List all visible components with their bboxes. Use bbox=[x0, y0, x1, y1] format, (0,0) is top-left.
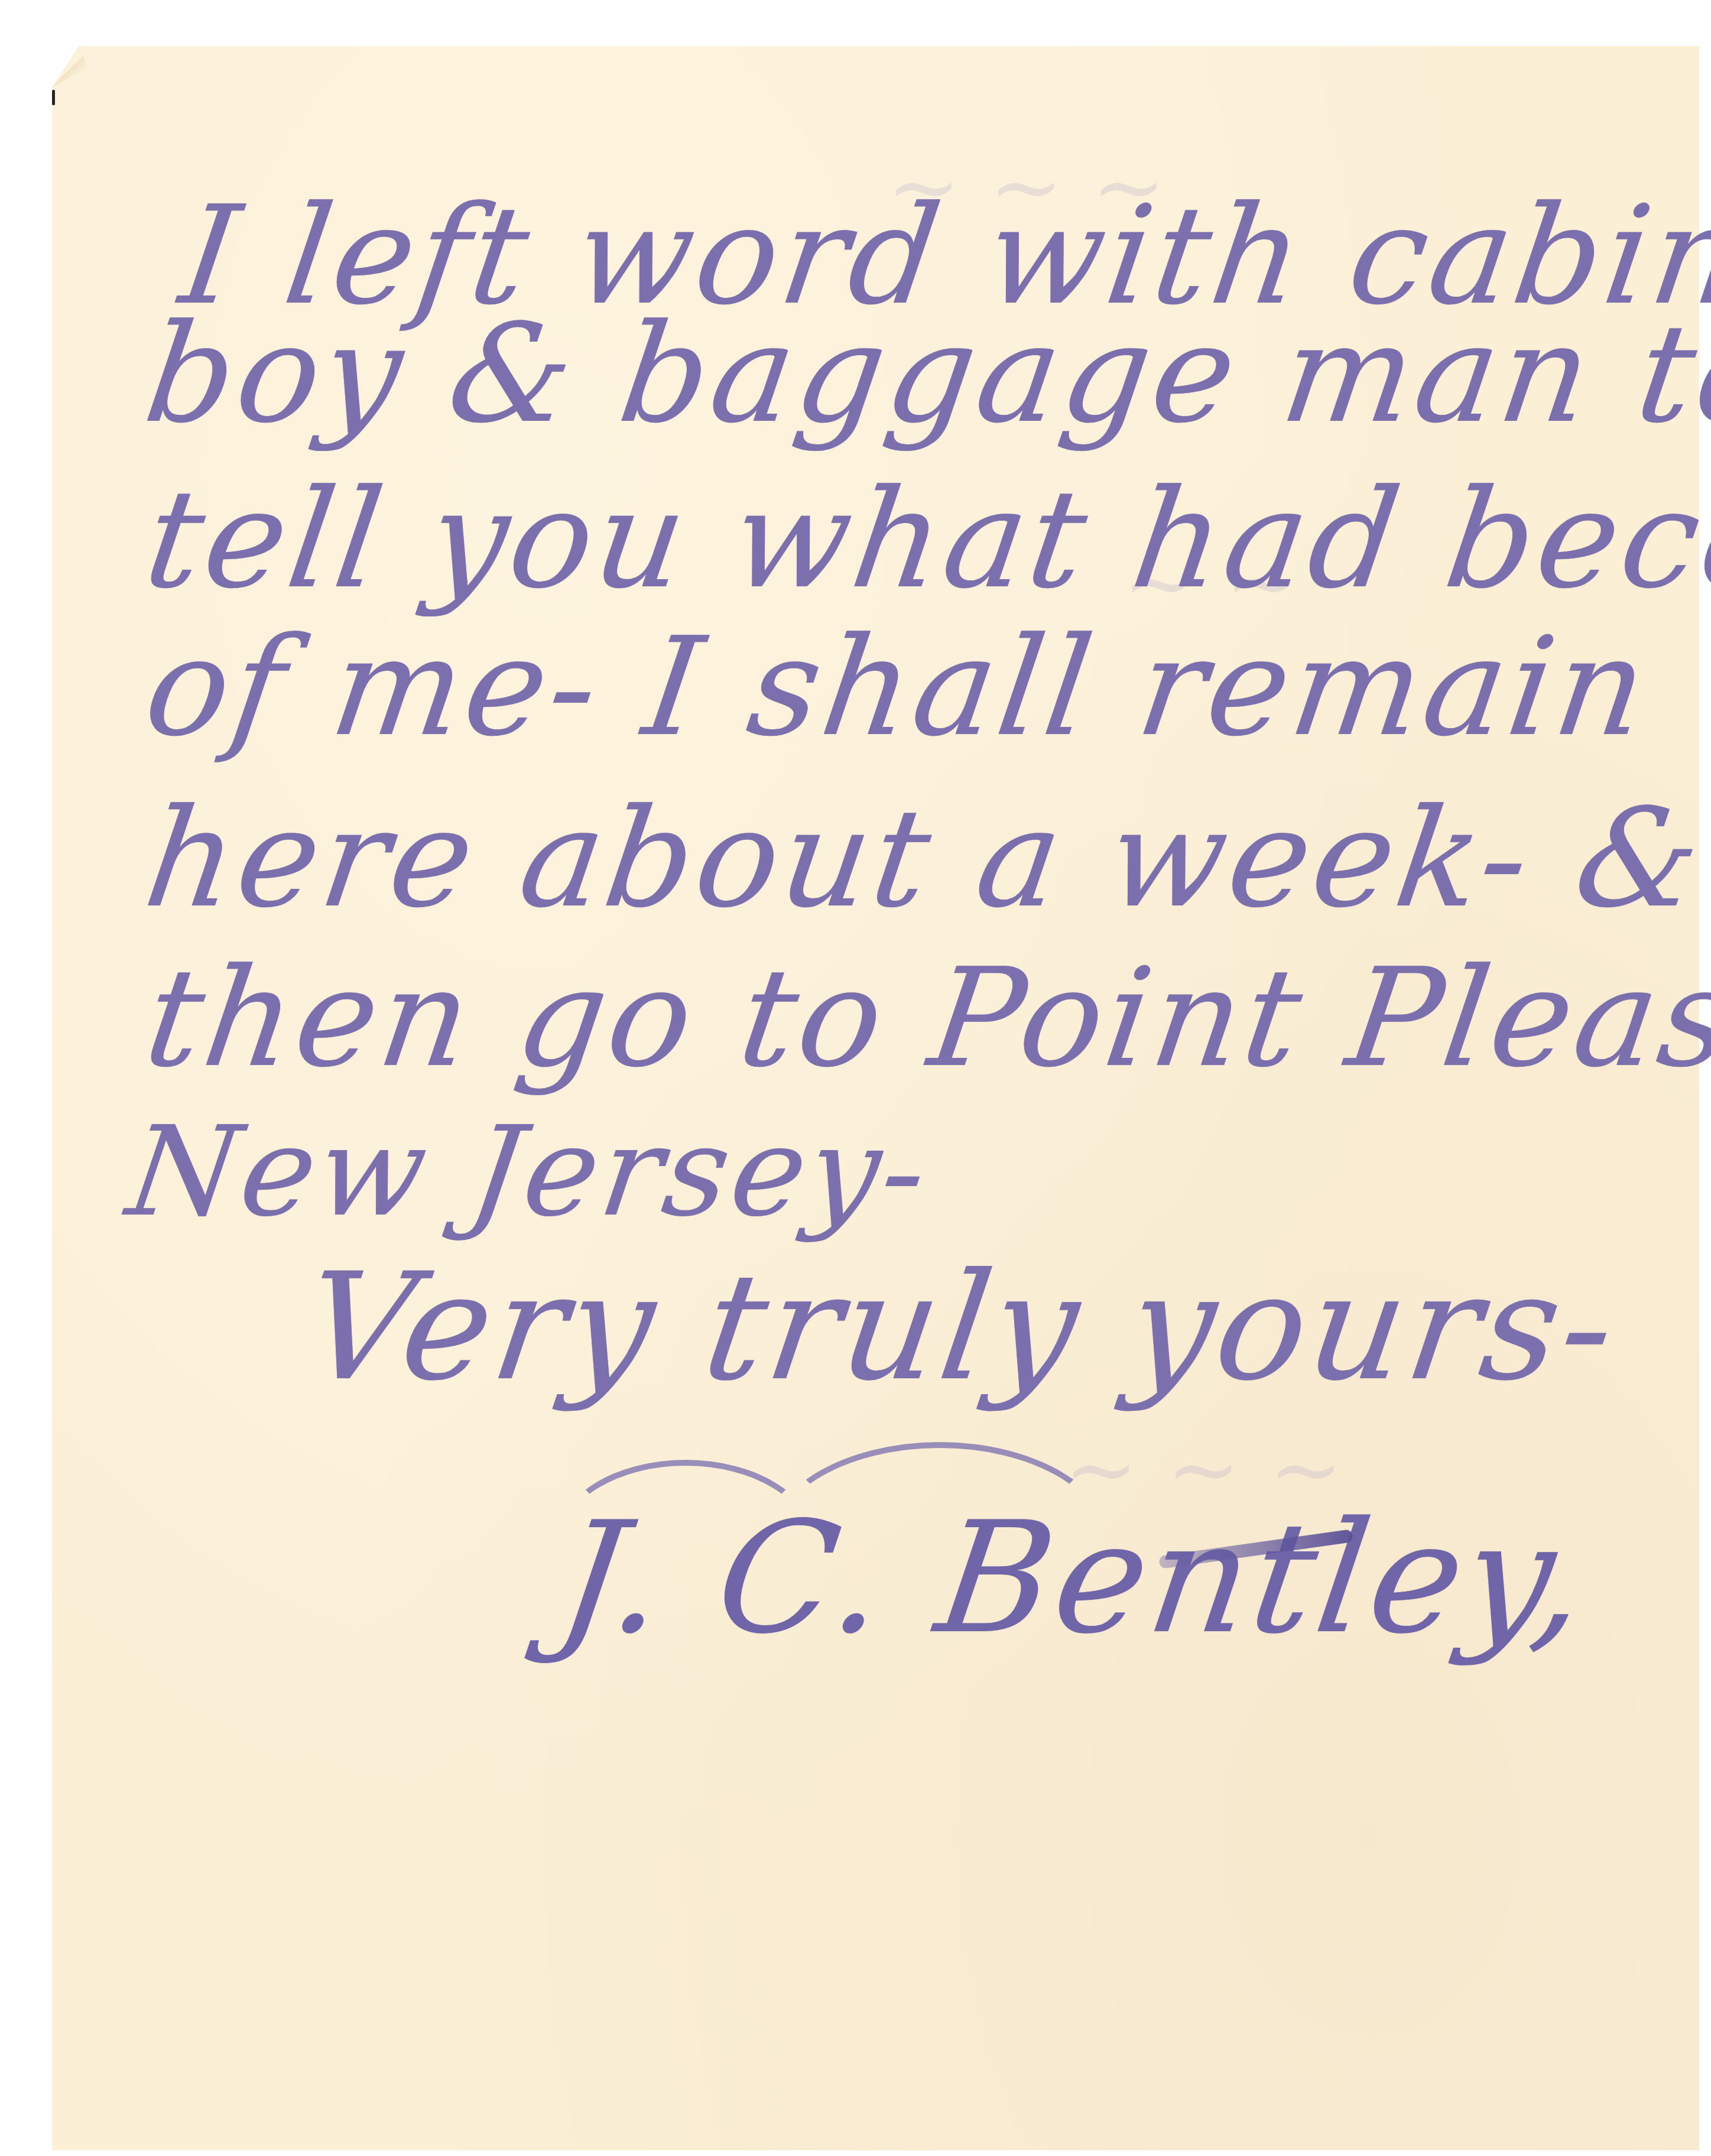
letter-line-7: New Jersey- bbox=[120, 1099, 939, 1244]
letter-line-2: boy & baggage man to bbox=[137, 296, 1711, 453]
letter-line-6: then go to Point Pleasant, bbox=[137, 940, 1711, 1098]
signature: J. C. Bentley, bbox=[549, 1489, 1601, 1668]
edge-mark bbox=[52, 90, 55, 105]
letter-closing: Very truly yours- bbox=[296, 1241, 1628, 1413]
letter-line-3: tell you what had become bbox=[137, 461, 1711, 619]
letter-line-5: here about a week- & bbox=[137, 780, 1711, 938]
letter-line-4: of me- I shall remain bbox=[137, 609, 1659, 767]
